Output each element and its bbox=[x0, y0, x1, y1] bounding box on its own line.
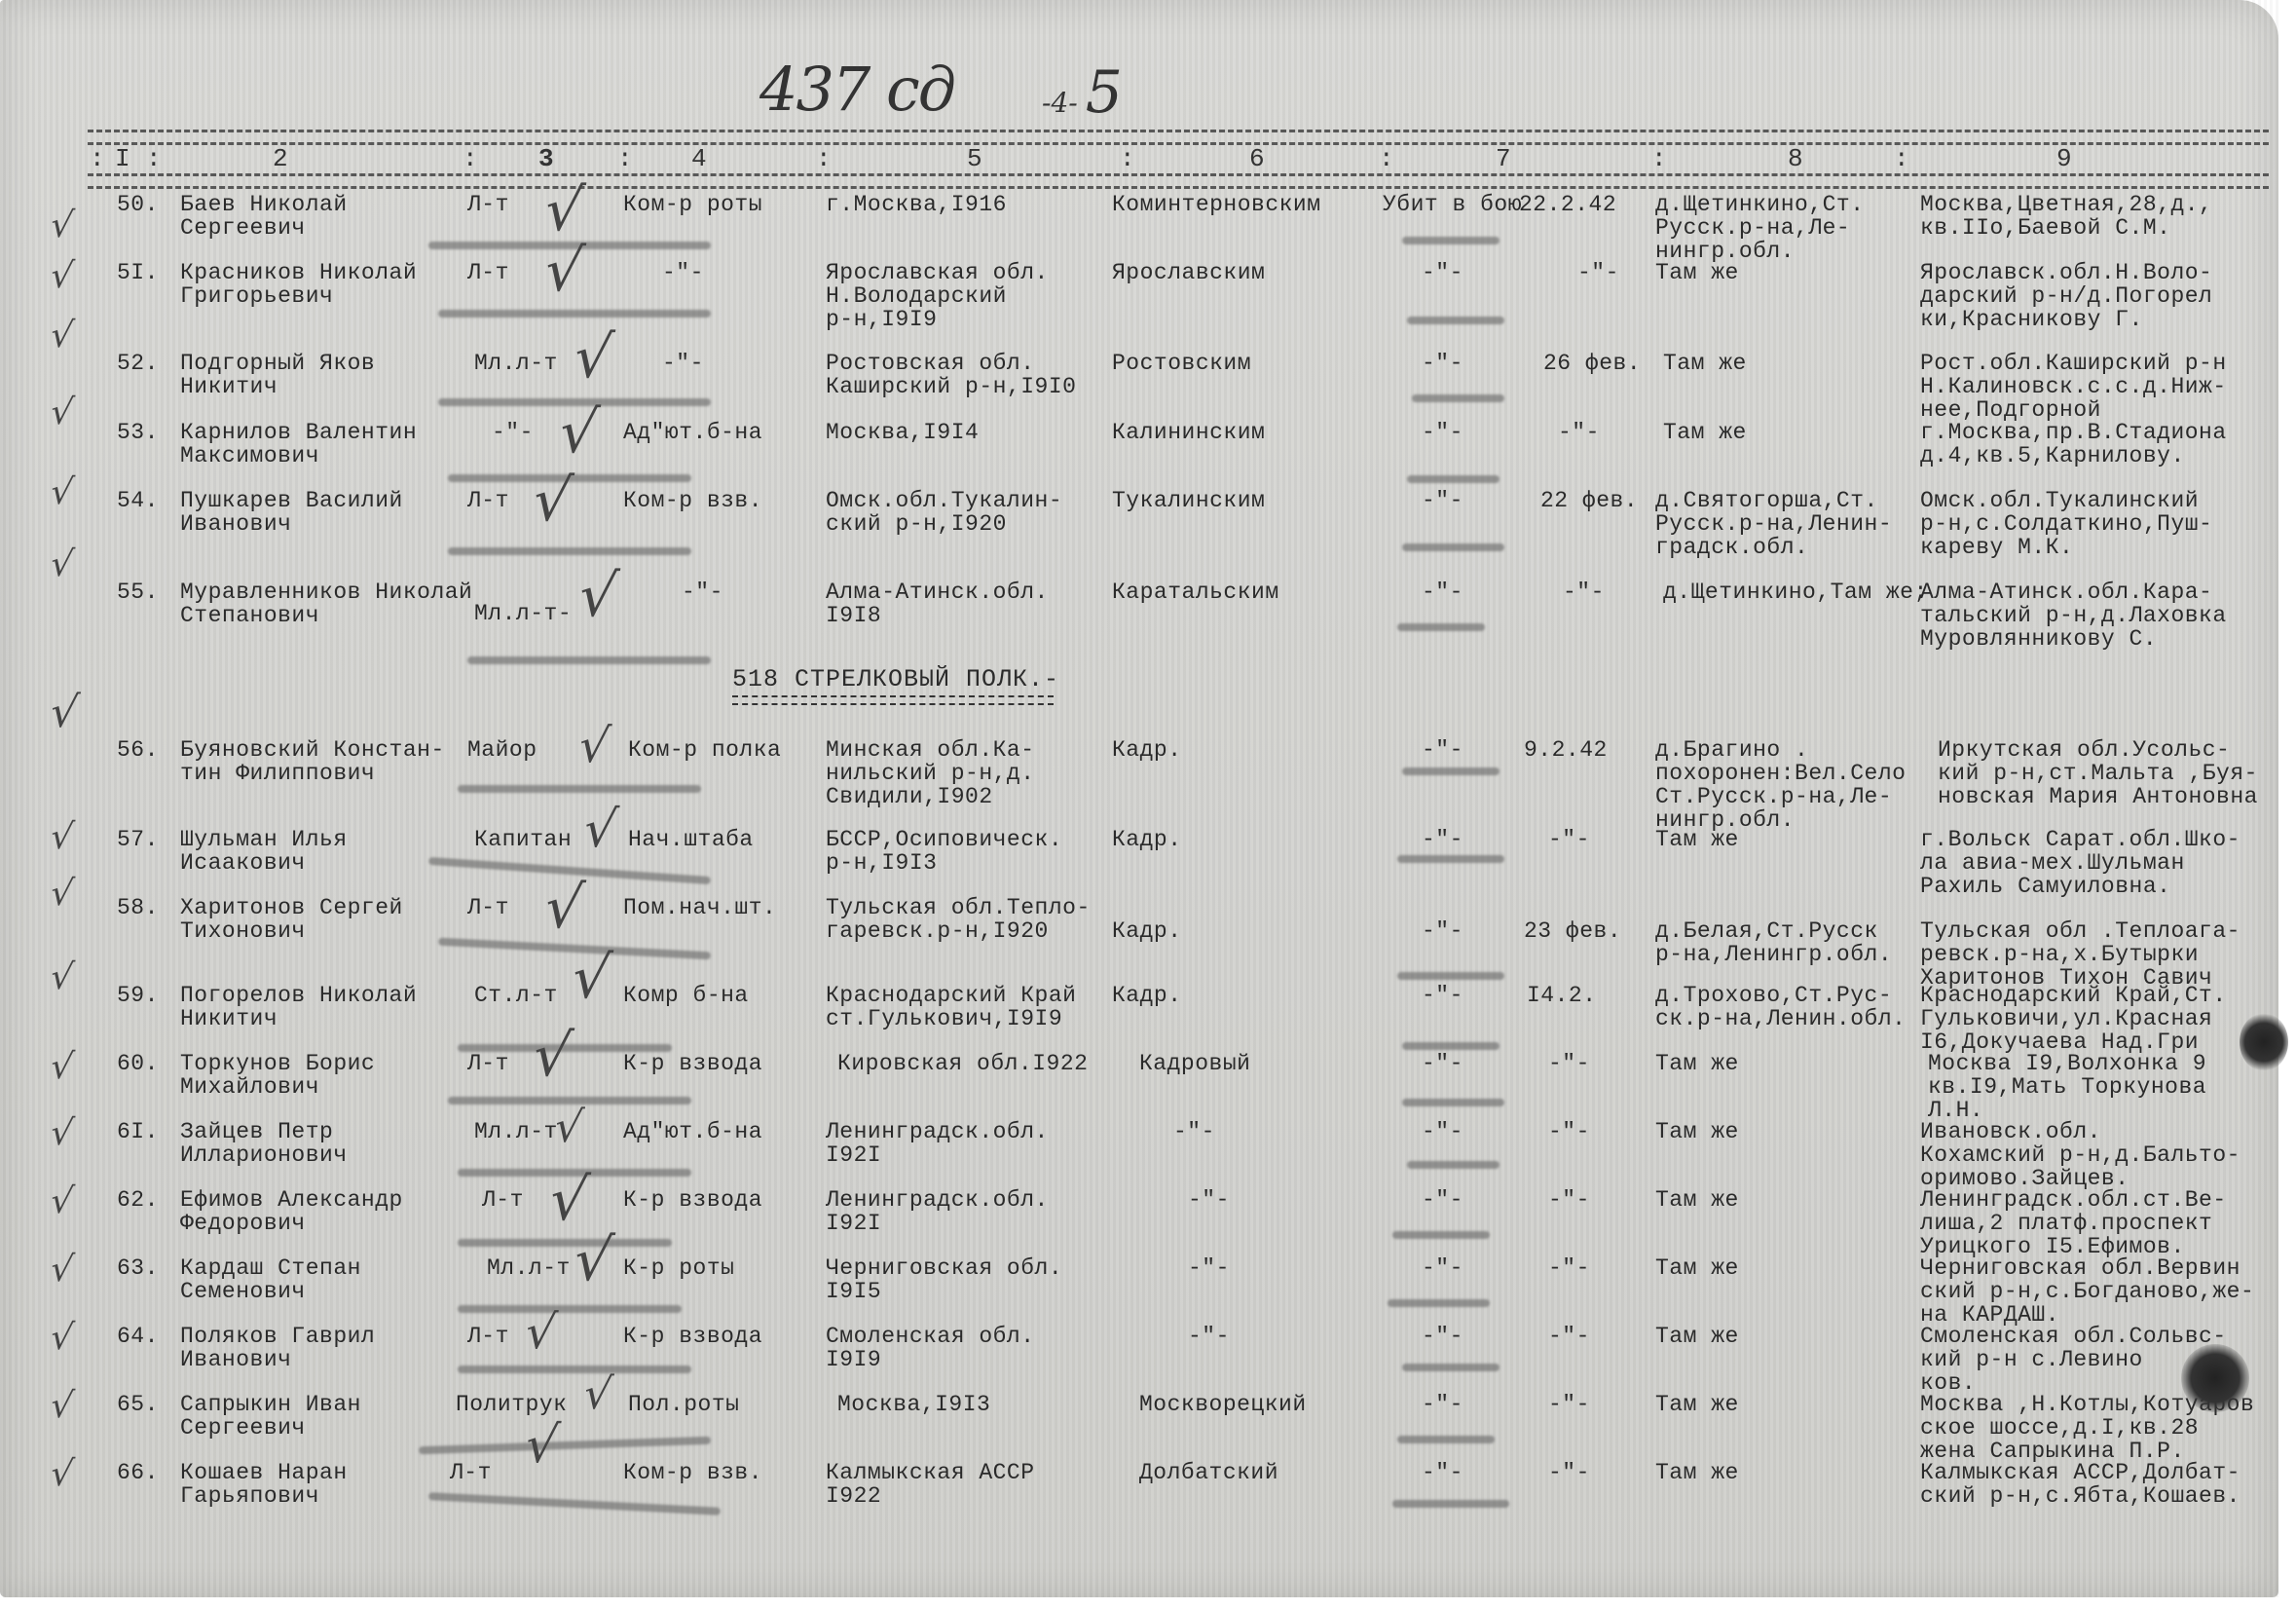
date: -"- bbox=[1548, 1393, 1590, 1416]
birthplace-year: Ленинградск.обл. I92I bbox=[826, 1188, 1049, 1235]
burial-place: д.Белая,Ст.Русск р-на,Ленингр.обл. bbox=[1655, 919, 1892, 966]
full-name: Красников Николай Григорьевич bbox=[180, 261, 417, 308]
full-name: Кошаев Наран Гарьяпович bbox=[180, 1461, 348, 1508]
row-number: 59. bbox=[117, 984, 159, 1007]
draft-office: Каратальским bbox=[1112, 580, 1279, 604]
row-number: 60. bbox=[117, 1052, 159, 1075]
column-number-4: 4 bbox=[691, 144, 707, 173]
position: Ад"ют.б-на bbox=[623, 1120, 762, 1143]
full-name: Карнилов Валентин Максимович bbox=[180, 421, 417, 468]
next-of-kin-address: Смоленская обл.Сольвс- кий р-н с.Левино … bbox=[1920, 1325, 2227, 1395]
burial-place: Там же bbox=[1655, 1188, 1739, 1212]
rank: Ст.л-т bbox=[474, 984, 558, 1007]
row-number: 6I. bbox=[117, 1120, 159, 1143]
rank: Капитан bbox=[474, 828, 572, 851]
rank: Л-т bbox=[467, 1052, 509, 1075]
fate: -"- bbox=[1422, 828, 1463, 851]
draft-office: Кадр. bbox=[1112, 984, 1182, 1007]
next-of-kin-address: Калмыкская АССР,Долбат- ский р-н,с.Ябта,… bbox=[1920, 1461, 2240, 1508]
full-name: Ефимов Александр Федорович bbox=[180, 1188, 403, 1235]
fate: -"- bbox=[1422, 580, 1463, 604]
draft-office: -"- bbox=[1188, 1256, 1230, 1280]
birthplace-year: Ростовская обл. Каширский р-н,I9I0 bbox=[826, 352, 1076, 398]
header-top-rule bbox=[88, 130, 2269, 145]
fate: -"- bbox=[1422, 421, 1463, 444]
burial-place: Там же bbox=[1655, 1256, 1739, 1280]
rank: Л-т bbox=[467, 193, 509, 216]
fate: -"- bbox=[1422, 1120, 1463, 1143]
next-of-kin-address: Иркутская обл.Усольс- кий р-н,ст.Мальта … bbox=[1938, 738, 2258, 808]
rank: Политрук bbox=[456, 1393, 567, 1416]
birthplace-year: БССР,Осиповическ. р-н,I9I3 bbox=[826, 828, 1062, 875]
full-name: Торкунов Борис Михайлович bbox=[180, 1052, 375, 1099]
rank: Мл.л-т bbox=[474, 1120, 558, 1143]
burial-place: д.Щетинкино,Ст. Русск.р-на,Ле- нингр.обл… bbox=[1655, 193, 1865, 263]
birthplace-year: Черниговская обл. I9I5 bbox=[826, 1256, 1062, 1303]
rank: Л-т bbox=[450, 1461, 492, 1484]
rank: Мл.л-т bbox=[487, 1256, 571, 1280]
full-name: Баев Николай Сергеевич bbox=[180, 193, 348, 240]
next-of-kin-address: Черниговская обл.Вервин ский р-н,с.Богда… bbox=[1920, 1256, 2254, 1327]
rank: Л-т bbox=[467, 896, 509, 919]
draft-office: Кадр. bbox=[1112, 738, 1182, 762]
full-name: Пушкарев Василий Иванович bbox=[180, 489, 403, 536]
row-number: 63. bbox=[117, 1256, 159, 1280]
position: Ком-р полка bbox=[628, 738, 781, 762]
fate: -"- bbox=[1422, 984, 1463, 1007]
fate: -"- bbox=[1422, 1393, 1463, 1416]
birthplace-year: Ленинградск.обл. I92I bbox=[826, 1120, 1049, 1167]
birthplace-year: Москва,I9I3 bbox=[837, 1393, 990, 1416]
full-name: Кардаш Степан Семенович bbox=[180, 1256, 361, 1303]
position: К-р взвода bbox=[623, 1052, 762, 1075]
birthplace-year: Минская обл.Ка- нильский р-н,д. Свидили,… bbox=[826, 738, 1035, 808]
column-number-3: 3 bbox=[538, 144, 554, 173]
next-of-kin-address: Тульская обл .Теплоага- ревск.р-на,х.Бут… bbox=[1920, 919, 2240, 990]
draft-office: Кадровый bbox=[1139, 1052, 1250, 1075]
date: -"- bbox=[1548, 1461, 1590, 1484]
fate: -"- bbox=[1422, 919, 1463, 943]
position: Ком-р взв. bbox=[623, 489, 762, 512]
document-sheet: 437 сд -4-5 I 2 3 4 5 6 7 8 9 : : : : : … bbox=[0, 0, 2278, 1597]
position: К-р взвода bbox=[623, 1188, 762, 1212]
row-number: 56. bbox=[117, 738, 159, 762]
full-name: Муравленников Николай Степанович bbox=[180, 580, 472, 627]
date: 23 фев. bbox=[1524, 919, 1621, 943]
next-of-kin-address: Ленинградск.обл.ст.Ве- лиша,2 платф.прос… bbox=[1920, 1188, 2227, 1258]
fate: -"- bbox=[1422, 1461, 1463, 1484]
ink-blot bbox=[2240, 1013, 2288, 1071]
date: 9.2.42 bbox=[1524, 738, 1608, 762]
position: Ком-р роты bbox=[623, 193, 762, 216]
burial-place: Там же bbox=[1663, 421, 1747, 444]
birthplace-year: Алма-Атинск.обл. I9I8 bbox=[826, 580, 1049, 627]
birthplace-year: Москва,I9I4 bbox=[826, 421, 979, 444]
position: Нач.штаба bbox=[628, 828, 754, 851]
row-number: 5I. bbox=[117, 261, 159, 284]
page-number-prefix: -4- bbox=[1042, 87, 1078, 119]
date: -"- bbox=[1577, 261, 1619, 284]
position: Пол.роты bbox=[628, 1393, 739, 1416]
next-of-kin-address: Ивановск.обл. Кохамский р-н,д.Бальто- ор… bbox=[1920, 1120, 2240, 1190]
burial-place: Там же bbox=[1655, 261, 1739, 284]
fate: -"- bbox=[1422, 1256, 1463, 1280]
birthplace-year: Калмыкская АССР I922 bbox=[826, 1461, 1035, 1508]
burial-place: Там же bbox=[1655, 1120, 1739, 1143]
rank: Л-т bbox=[482, 1188, 524, 1212]
full-name: Шульман Илья Исаакович bbox=[180, 828, 348, 875]
position: К-р роты bbox=[623, 1256, 734, 1280]
row-number: 54. bbox=[117, 489, 159, 512]
full-name: Зайцев Петр Илларионович bbox=[180, 1120, 348, 1167]
next-of-kin-address: г.Вольск Сарат.обл.Шко- ла авиа-мех.Шуль… bbox=[1920, 828, 2240, 898]
burial-place: д.Щетинкино,Там же; bbox=[1663, 580, 1928, 604]
birthplace-year: Кировская обл.I922 bbox=[837, 1052, 1088, 1075]
draft-office: Калининским bbox=[1112, 421, 1265, 444]
date: -"- bbox=[1548, 1120, 1590, 1143]
fate: -"- bbox=[1422, 489, 1463, 512]
draft-office: -"- bbox=[1173, 1120, 1215, 1143]
rank: Мл.л-т- bbox=[474, 602, 572, 625]
full-name: Погорелов Николай Никитич bbox=[180, 984, 417, 1030]
draft-office: Кадр. bbox=[1112, 828, 1182, 851]
row-number: 52. bbox=[117, 352, 159, 375]
position: Пом.нач.шт. bbox=[623, 896, 776, 919]
row-number: 57. bbox=[117, 828, 159, 851]
next-of-kin-address: г.Москва,пр.В.Стадиона д.4,кв.5,Карнилов… bbox=[1920, 421, 2227, 468]
rank: Майор bbox=[467, 738, 537, 762]
date: 22 фев. bbox=[1540, 489, 1638, 512]
date: -"- bbox=[1548, 828, 1590, 851]
draft-office: Долбатский bbox=[1139, 1461, 1278, 1484]
header-bottom-rule bbox=[88, 173, 2269, 189]
column-number-9: 9 bbox=[2056, 144, 2072, 173]
birthplace-year: г.Москва,I916 bbox=[826, 193, 1007, 216]
draft-office: -"- bbox=[1188, 1188, 1230, 1212]
burial-place: Там же bbox=[1663, 352, 1747, 375]
rank: Л-т bbox=[467, 1325, 509, 1348]
fate: -"- bbox=[1422, 352, 1463, 375]
draft-office: Ростовским bbox=[1112, 352, 1251, 375]
fate: Убит в бою bbox=[1383, 193, 1522, 216]
fate: -"- bbox=[1422, 1325, 1463, 1348]
section-title: 518 СТРЕЛКОВЫЙ ПОЛК.- bbox=[732, 665, 1059, 693]
fate: -"- bbox=[1422, 738, 1463, 762]
column-number-6: 6 bbox=[1249, 144, 1265, 173]
draft-office: -"- bbox=[1188, 1325, 1230, 1348]
next-of-kin-address: Краснодарский Край,Ст. Гульковичи,ул.Кра… bbox=[1920, 984, 2227, 1054]
birthplace-year: Смоленская обл. I9I9 bbox=[826, 1325, 1035, 1371]
birthplace-year: Краснодарский Край ст.Гулькович,I9I9 bbox=[826, 984, 1076, 1030]
date: -"- bbox=[1548, 1052, 1590, 1075]
full-name: Поляков Гаврил Иванович bbox=[180, 1325, 375, 1371]
next-of-kin-address: Москва,Цветная,28,д., кв.IIo,Баевой С.М. bbox=[1920, 193, 2212, 240]
date: 22.2.42 bbox=[1519, 193, 1616, 216]
fate: -"- bbox=[1422, 1052, 1463, 1075]
draft-office: Кадр. bbox=[1112, 919, 1182, 943]
row-number: 58. bbox=[117, 896, 159, 919]
position: Ад"ют.б-на bbox=[623, 421, 762, 444]
section-title-underline bbox=[732, 695, 1054, 705]
next-of-kin-address: Рост.обл.Каширский р-н Н.Калиновск.с.с.д… bbox=[1920, 352, 2227, 422]
burial-place: Там же bbox=[1655, 1052, 1739, 1075]
date: 26 фев. bbox=[1543, 352, 1641, 375]
row-number: 66. bbox=[117, 1461, 159, 1484]
full-name: Харитонов Сергей Тихонович bbox=[180, 896, 403, 943]
birthplace-year: Омск.обл.Тукалин- ский р-н,I920 bbox=[826, 489, 1062, 536]
column-number-1: I bbox=[115, 144, 130, 173]
burial-place: Там же bbox=[1655, 1393, 1739, 1416]
position: -"- bbox=[682, 580, 723, 604]
column-number-7: 7 bbox=[1496, 144, 1511, 173]
date: I4.2. bbox=[1527, 984, 1597, 1007]
rank: Мл.л-т bbox=[474, 352, 558, 375]
burial-place: Там же bbox=[1655, 1461, 1739, 1484]
row-number: 65. bbox=[117, 1393, 159, 1416]
next-of-kin-address: Алма-Атинск.обл.Кара- тальский р-н,д.Лах… bbox=[1920, 580, 2227, 651]
position: Ком-р взв. bbox=[623, 1461, 762, 1484]
date: -"- bbox=[1563, 580, 1605, 604]
column-number-8: 8 bbox=[1788, 144, 1803, 173]
page-number: -4-5 bbox=[1042, 58, 1123, 127]
fate: -"- bbox=[1422, 261, 1463, 284]
burial-place: д.Брагино . похоронен:Вел.Село Ст.Русск.… bbox=[1655, 738, 1906, 832]
burial-place: д.Святогорша,Ст. Русск.р-на,Ленин- градс… bbox=[1655, 489, 1892, 559]
next-of-kin-address: Москва I9,Волхонка 9 кв.I9,Мать Торкунов… bbox=[1928, 1052, 2206, 1122]
row-number: 53. bbox=[117, 421, 159, 444]
rank: Л-т bbox=[467, 261, 509, 284]
fate: -"- bbox=[1422, 1188, 1463, 1212]
position: Комр б-на bbox=[623, 984, 749, 1007]
position: К-р взвода bbox=[623, 1325, 762, 1348]
next-of-kin-address: Ярославск.обл.Н.Воло- дарский р-н/д.Пого… bbox=[1920, 261, 2212, 331]
rank: -"- bbox=[492, 421, 534, 444]
date: -"- bbox=[1558, 421, 1600, 444]
position: -"- bbox=[662, 352, 704, 375]
date: -"- bbox=[1548, 1188, 1590, 1212]
row-number: 50. bbox=[117, 193, 159, 216]
row-number: 64. bbox=[117, 1325, 159, 1348]
birthplace-year: Тульская обл.Тепло- гаревск.р-н,I920 bbox=[826, 896, 1091, 943]
position: -"- bbox=[662, 261, 704, 284]
row-number: 62. bbox=[117, 1188, 159, 1212]
next-of-kin-address: Омск.обл.Тукалинский р-н,с.Солдаткино,Пу… bbox=[1920, 489, 2212, 559]
rank: Л-т bbox=[467, 489, 509, 512]
burial-place: Там же bbox=[1655, 828, 1739, 851]
draft-office: Москворецкий bbox=[1139, 1393, 1307, 1416]
draft-office: Коминтерновским bbox=[1112, 193, 1321, 216]
full-name: Подгорный Яков Никитич bbox=[180, 352, 375, 398]
date: -"- bbox=[1548, 1325, 1590, 1348]
full-name: Буяновский Констан- тин Филиппович bbox=[180, 738, 445, 785]
column-number-5: 5 bbox=[967, 144, 982, 173]
draft-office: Ярославским bbox=[1112, 261, 1265, 284]
burial-place: д.Трохово,Ст.Рус- ск.р-на,Ленин.обл. bbox=[1655, 984, 1906, 1030]
birthplace-year: Ярославская обл. Н.Володарский р-н,I9I9 bbox=[826, 261, 1049, 331]
date: -"- bbox=[1548, 1256, 1590, 1280]
burial-place: Там же bbox=[1655, 1325, 1739, 1348]
full-name: Сапрыкин Иван Сергеевич bbox=[180, 1393, 361, 1440]
ink-blot bbox=[2181, 1344, 2249, 1412]
row-number: 55. bbox=[117, 580, 159, 604]
draft-office: Тукалинским bbox=[1112, 489, 1265, 512]
column-number-2: 2 bbox=[273, 144, 288, 173]
handwritten-unit-number: 437 сд bbox=[759, 54, 954, 125]
page-number-handwritten: 5 bbox=[1086, 58, 1123, 127]
